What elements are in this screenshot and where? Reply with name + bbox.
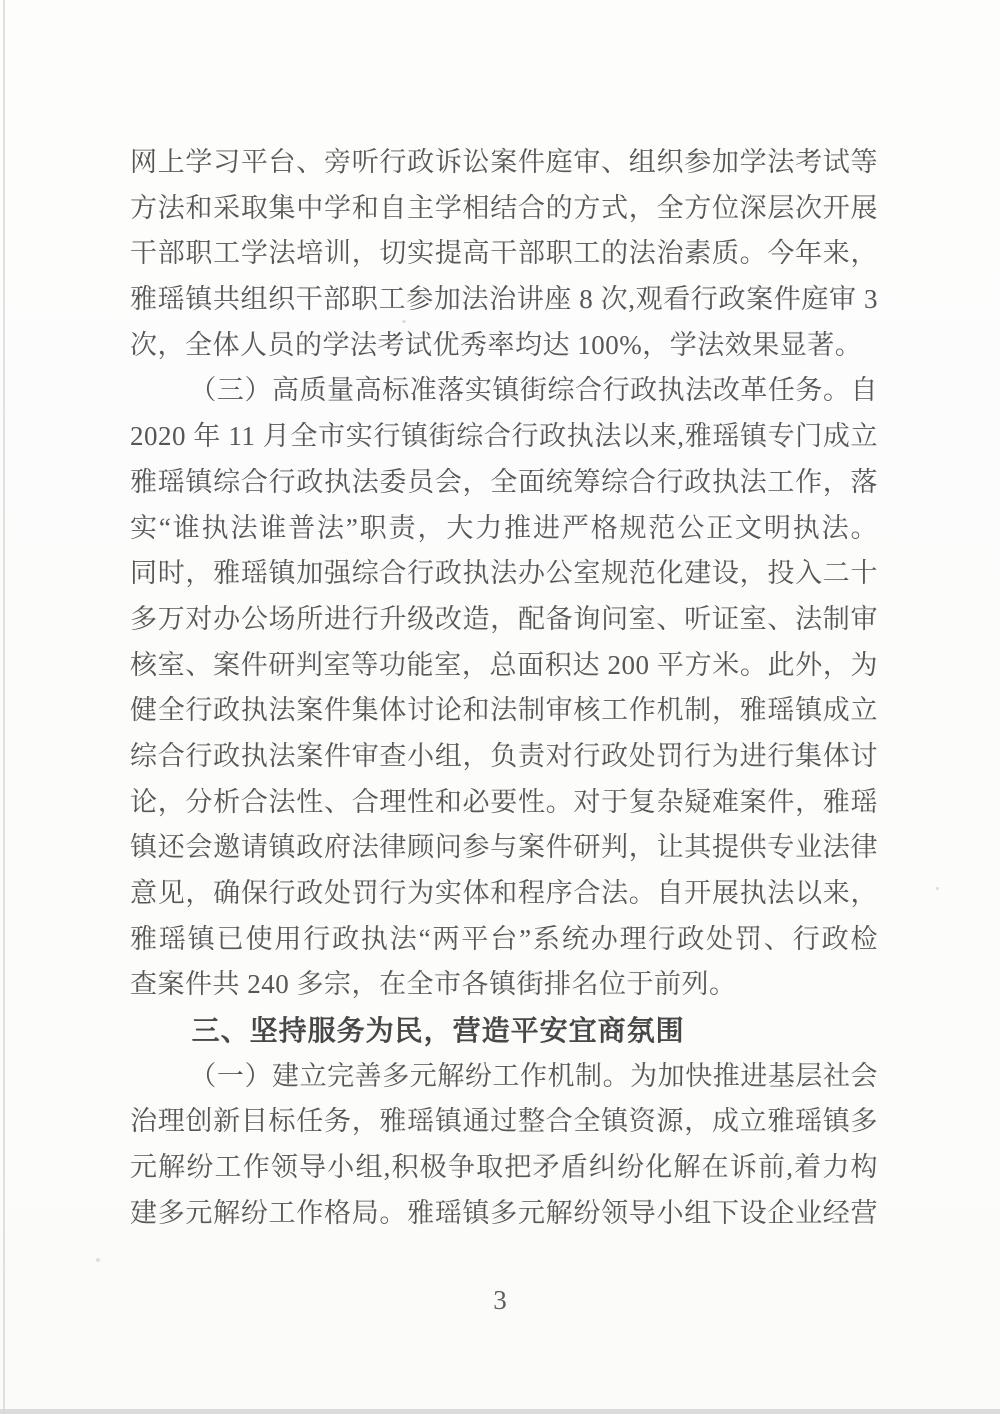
- text-line: 网上学习平台、旁听行政诉讼案件庭审、组织参加学法考试等: [130, 140, 878, 186]
- text-line: 雅瑶镇已使用行政执法“两平台”系统办理行政处罚、行政检: [130, 917, 878, 963]
- document-body: 网上学习平台、旁听行政诉讼案件庭审、组织参加学法考试等方法和采取集中学和自主学相…: [130, 140, 878, 1237]
- text-line: 论，分析合法性、合理性和必要性。对于复杂疑难案件，雅瑶: [130, 780, 878, 826]
- scan-speck: [936, 887, 939, 890]
- text-line: 查案件共 240 多宗，在全市各镇街排名位于前列。: [130, 962, 878, 1008]
- text-line: 意见，确保行政处罚行为实体和程序合法。自开展执法以来，: [130, 871, 878, 917]
- text-line: （三）高质量高标准落实镇街综合行政执法改革任务。自: [130, 368, 878, 414]
- section-heading: 三、坚持服务为民，营造平安宜商氛围: [130, 1008, 878, 1054]
- text-line: （一）建立完善多元解纷工作机制。为加快推进基层社会: [130, 1054, 878, 1100]
- text-line: 健全行政执法案件集体讨论和法制审核工作机制，雅瑶镇成立: [130, 688, 878, 734]
- page-number: 3: [0, 1285, 1000, 1316]
- text-line: 治理创新目标任务，雅瑶镇通过整合全镇资源，成立雅瑶镇多: [130, 1099, 878, 1145]
- text-line: 元解纷工作领导小组,积极争取把矛盾纠纷化解在诉前,着力构: [130, 1145, 878, 1191]
- text-line: 2020 年 11 月全市实行镇街综合行政执法以来,雅瑶镇专门成立: [130, 414, 878, 460]
- text-line: 方法和采取集中学和自主学相结合的方式，全方位深层次开展: [130, 186, 878, 232]
- text-line: 同时，雅瑶镇加强综合行政执法办公室规范化建设，投入二十: [130, 551, 878, 597]
- text-line: 多万对办公场所进行升级改造，配备询问室、听证室、法制审: [130, 597, 878, 643]
- text-line: 次，全体人员的学法考试优秀率均达 100%，学法效果显著。: [130, 323, 878, 369]
- text-line: 建多元解纷工作格局。雅瑶镇多元解纷领导小组下设企业经营: [130, 1191, 878, 1237]
- text-line: 实“谁执法谁普法”职责，大力推进严格规范公正文明执法。: [130, 506, 878, 552]
- text-line: 雅瑶镇综合行政执法委员会，全面统筹综合行政执法工作，落: [130, 460, 878, 506]
- scan-speck: [96, 1258, 100, 1262]
- scan-edge-left-line: [3, 0, 5, 1414]
- scanned-document-page: 网上学习平台、旁听行政诉讼案件庭审、组织参加学法考试等方法和采取集中学和自主学相…: [0, 0, 1000, 1414]
- text-line: 干部职工学法培训，切实提高干部职工的法治素质。今年来，: [130, 231, 878, 277]
- text-line: 雅瑶镇共组织干部职工参加法治讲座 8 次,观看行政案件庭审 3: [130, 277, 878, 323]
- text-line: 综合行政执法案件审查小组，负责对行政处罚行为进行集体讨: [130, 734, 878, 780]
- scan-edge-bottom-line: [0, 1409, 1000, 1414]
- text-line: 镇还会邀请镇政府法律顾问参与案件研判，让其提供专业法律: [130, 825, 878, 871]
- text-line: 核室、案件研判室等功能室，总面积达 200 平方米。此外，为: [130, 643, 878, 689]
